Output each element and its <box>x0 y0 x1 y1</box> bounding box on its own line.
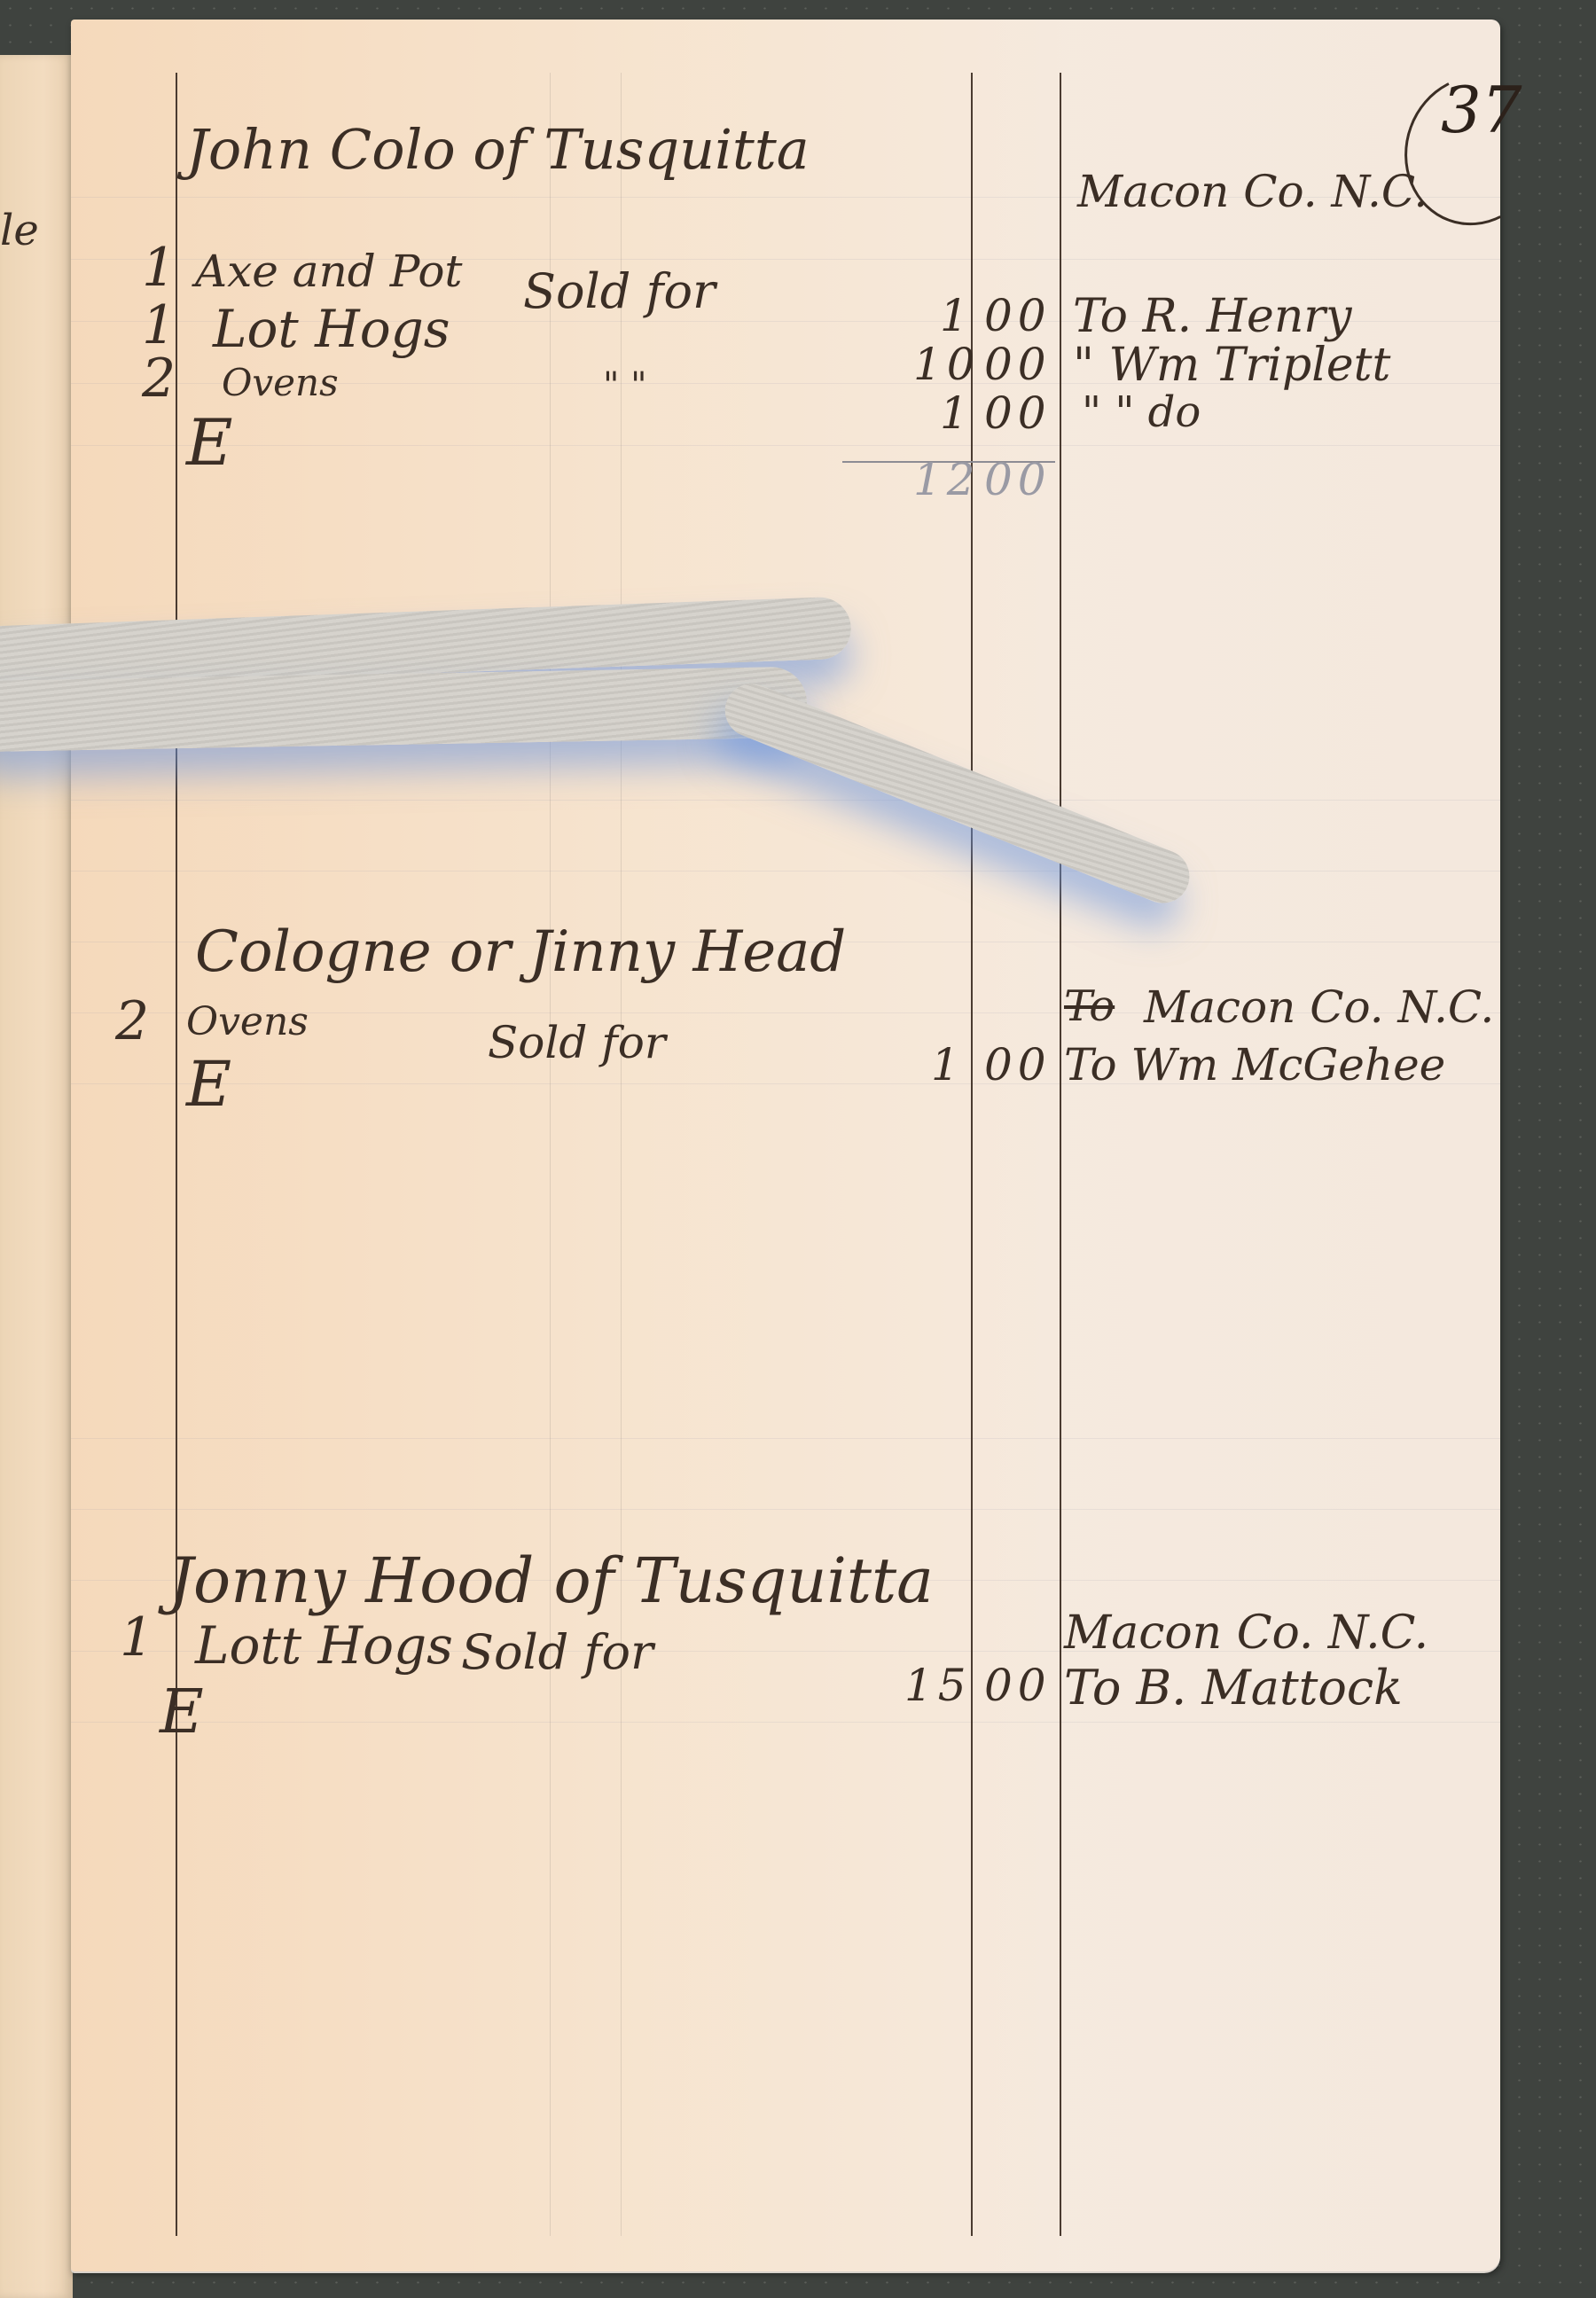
line-note: Sold for <box>461 1624 653 1680</box>
facing-page-edge: le <box>0 55 73 2298</box>
line-dollars: 1 <box>940 387 974 439</box>
line-cents: 00 <box>984 339 1052 390</box>
line-buyer: To R. Henry <box>1073 290 1352 343</box>
total-cents: 00 <box>984 454 1052 505</box>
entry-mark: E <box>186 405 233 480</box>
line-buyer: " Wm Triplett <box>1073 339 1390 392</box>
line-cents: 00 <box>984 1039 1052 1090</box>
line-note: Sold for <box>488 1017 666 1068</box>
entry-mark: E <box>160 1677 204 1747</box>
cloth-strap <box>0 667 808 753</box>
line-dollars: 1 <box>940 290 974 341</box>
page-number: 37 <box>1441 73 1522 147</box>
entry-location: Macon Co. N.C. <box>1064 1606 1428 1660</box>
line-qty: 2 <box>142 348 176 410</box>
line-cents: 00 <box>984 290 1052 341</box>
line-buyer: " " do <box>1082 387 1201 437</box>
line-item: Lott Hogs <box>195 1615 453 1676</box>
line-buyer: To Wm McGehee <box>1064 1039 1445 1090</box>
struck-prefix: To <box>1064 981 1115 1031</box>
line-qty: 1 <box>120 1606 153 1669</box>
line-note: " " <box>603 365 647 406</box>
line-dollars: 1 <box>931 1039 965 1090</box>
entry-name: Jonny Hood of Tusquitta <box>168 1544 934 1617</box>
cents-column-line <box>1060 73 1061 2236</box>
faint-column-line <box>550 73 551 2236</box>
entry-location: Macon Co. N.C. <box>1077 166 1428 217</box>
line-cents: 00 <box>984 387 1052 439</box>
entry-mark: E <box>186 1048 231 1121</box>
entry-name: Cologne or Jinny Head <box>195 919 846 985</box>
line-item: Axe and Pot <box>195 246 463 297</box>
line-qty: 1 <box>142 237 176 299</box>
line-item: Lot Hogs <box>213 299 450 359</box>
entry-location: Macon Co. N.C. <box>1144 981 1494 1033</box>
line-buyer: To B. Mattock <box>1064 1660 1403 1716</box>
line-dollars: 10 <box>913 339 981 390</box>
line-item: Ovens <box>186 999 309 1044</box>
line-item: Ovens <box>222 361 339 404</box>
line-note: Sold for <box>523 263 716 319</box>
margin-column-line <box>176 73 177 2236</box>
total-dollars: 12 <box>913 454 981 505</box>
facing-page-text: le <box>0 206 39 255</box>
entry-name: John Colo of Tusquitta <box>186 117 810 182</box>
ledger-page: 37 John Colo of Tusquitta Macon Co. N.C.… <box>71 20 1500 2271</box>
line-dollars: 15 <box>904 1660 972 1711</box>
line-qty: 2 <box>115 990 149 1052</box>
line-cents: 00 <box>984 1660 1052 1711</box>
